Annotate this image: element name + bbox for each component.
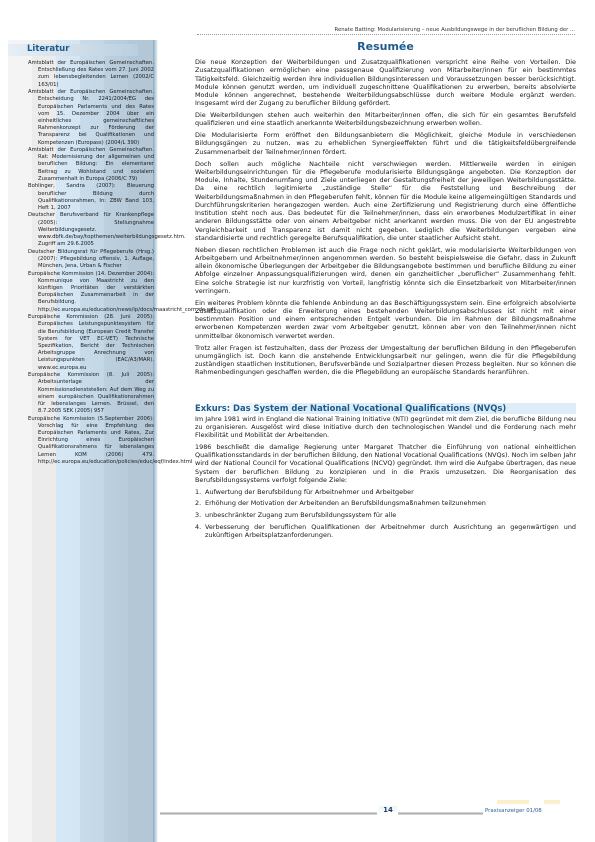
body-paragraph: Trotz aller Fragen ist festzuhalten, das…: [195, 344, 576, 377]
goals-list: 1.Aufwertung der Berufsbildung für Arbei…: [195, 488, 576, 539]
goal-item: 1.Aufwertung der Berufsbildung für Arbei…: [195, 488, 576, 496]
footer-rule-right: [398, 812, 483, 815]
goal-number: 1.: [195, 488, 201, 496]
goal-text: Aufwertung der Berufsbildung für Arbeitn…: [205, 488, 414, 496]
reference-item: Europäische Kommission (8. Juli 2005): A…: [28, 372, 154, 415]
main-content: Resumée Die neue Konzeption der Weiterbi…: [195, 40, 576, 543]
goal-number: 3.: [195, 511, 201, 519]
body-paragraph: Neben diesen rechtlichen Problemen ist a…: [195, 246, 576, 296]
body-paragraph: Die Weiterbildungen stehen auch weiterhi…: [195, 111, 576, 128]
section-title-resumee: Resumée: [195, 40, 576, 54]
body-paragraph: 1986 beschließt die damalige Regierung u…: [195, 443, 576, 484]
body-paragraph: Ein weiteres Problem könnte die fehlende…: [195, 299, 576, 340]
reference-item: Deutscher Berufsverband für Krankenpfleg…: [28, 212, 154, 248]
page-number: 14: [379, 806, 397, 814]
body-paragraph: Doch sollen auch mögliche Nachteile nich…: [195, 160, 576, 243]
reference-item: Europäische Kommission (5.September 2006…: [28, 416, 154, 466]
running-header: Renate Batting: Modularisierung – neue A…: [197, 27, 575, 35]
sidebar-title: Literatur: [27, 44, 69, 54]
reference-item: Amtsblatt der Europäischen Gemeinschafte…: [28, 60, 154, 89]
goal-text: Verbesserung der beruflichen Qualifikati…: [205, 523, 576, 539]
goal-text: Erhöhung der Motivation der Arbeitenden …: [205, 499, 486, 507]
goal-item: 2.Erhöhung der Motivation der Arbeitende…: [195, 499, 576, 507]
reference-list: Amtsblatt der Europäischen Gemeinschafte…: [28, 60, 154, 466]
reference-item: Bohlinger, Sandra (2007): Bleuerung beru…: [28, 183, 154, 212]
goal-number: 4.: [195, 523, 201, 531]
body-paragraph: Die neue Konzeption der Weiterbildungen …: [195, 58, 576, 108]
footer-rule-left: [160, 812, 377, 815]
goal-text: unbeschränkter Zugang zum Berufsbildungs…: [205, 511, 396, 519]
reference-item: Europäische Kommission (14. Dezember 200…: [28, 271, 154, 314]
footer-accent-bar: [544, 800, 560, 804]
body-paragraph: Im Jahre 1981 wird in England die Nation…: [195, 415, 576, 440]
reference-item: Amtsblatt der Europäischen Gemeinschafte…: [28, 147, 154, 183]
goal-item: 4.Verbesserung der beruflichen Qualifika…: [195, 523, 576, 540]
publication-name: Praxisanzeiger 01/08: [485, 808, 542, 814]
section-title-excurs: Exkurs: Das System der National Vocation…: [189, 403, 576, 414]
reference-item: Europäische Kommission (28. Juni 2005): …: [28, 314, 154, 372]
goal-item: 3.unbeschränkter Zugang zum Berufsbildun…: [195, 511, 576, 519]
goal-number: 2.: [195, 499, 201, 507]
body-paragraph: Die Modularisierte Form eröffnet den Bil…: [195, 131, 576, 156]
footer-accent-bar: [497, 800, 529, 804]
reference-item: Deutscher Bildungsrat für Pflegeberufe (…: [28, 249, 154, 271]
reference-item: Amtsblatt der Europäischen Gemeinschafte…: [28, 89, 154, 147]
